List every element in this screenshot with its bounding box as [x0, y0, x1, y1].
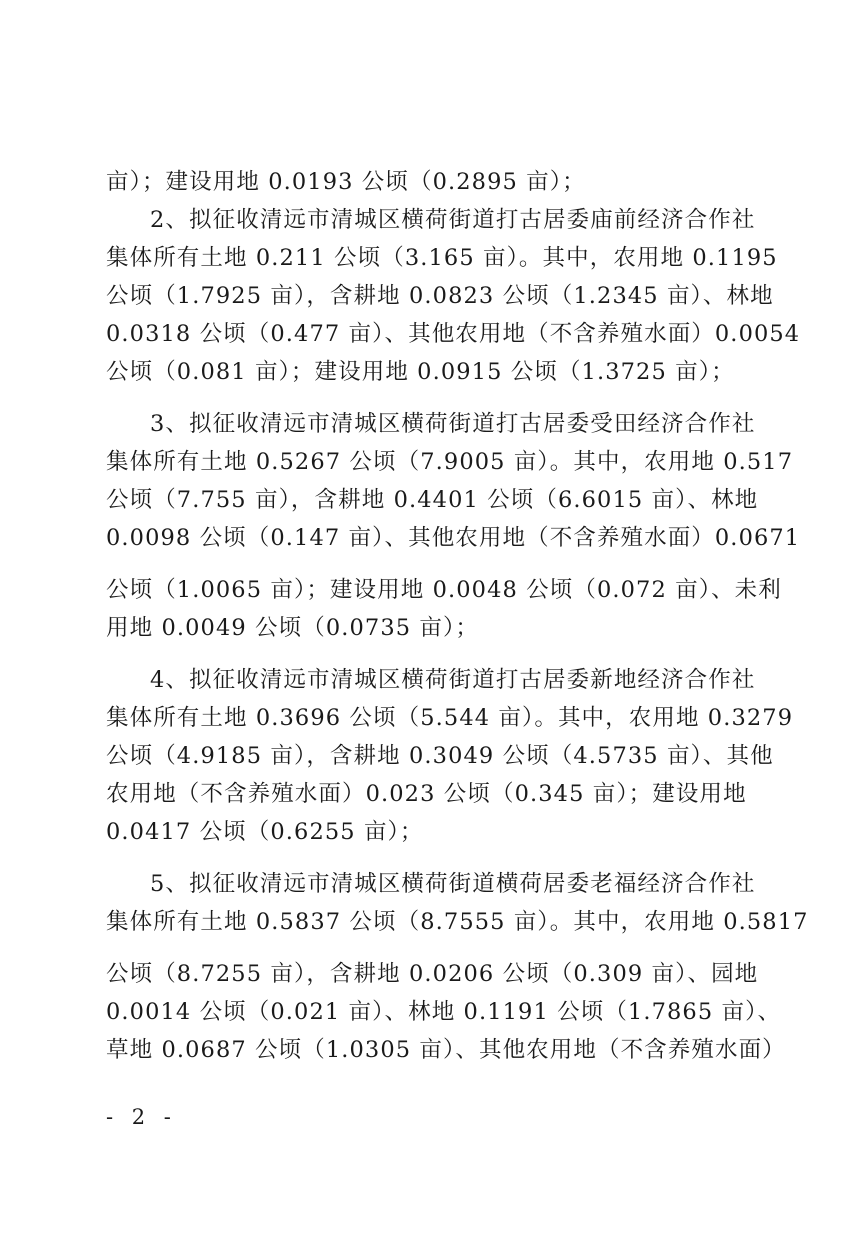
text-line-22: 草地 0.0687 公顷（1.0305 亩）、其他农用地（不含养殖水面）	[106, 1031, 742, 1069]
text-line-13: 4、拟征收清远市清城区横荷街道打古居委新地经济合作社	[150, 661, 742, 699]
text-line-7: 3、拟征收清远市清城区横荷街道打古居委受田经济合作社	[150, 405, 742, 443]
text-line-19: 集体所有土地 0.5837 公顷（8.7555 亩）。其中，农用地 0.5817	[106, 903, 742, 941]
text-line-8: 集体所有土地 0.5267 公顷（7.9005 亩）。其中，农用地 0.517	[106, 443, 742, 481]
text-line-10: 0.0098 公顷（0.147 亩）、其他农用地（不含养殖水面）0.0671	[106, 519, 742, 557]
text-line-18: 5、拟征收清远市清城区横荷街道横荷居委老福经济合作社	[150, 865, 742, 903]
document-page: 亩）；建设用地 0.0193 公顷（0.2895 亩）； 2、拟征收清远市清城区…	[0, 0, 850, 1241]
text-line-4: 公顷（1.7925 亩），含耕地 0.0823 公顷（1.2345 亩）、林地	[106, 277, 742, 315]
page-number: - 2 -	[106, 1102, 177, 1132]
text-line-5: 0.0318 公顷（0.477 亩）、其他农用地（不含养殖水面）0.0054	[106, 315, 742, 353]
text-line-20: 公顷（8.7255 亩），含耕地 0.0206 公顷（0.309 亩）、园地	[106, 955, 742, 993]
text-line-17: 0.0417 公顷（0.6255 亩）；	[106, 813, 742, 851]
text-line-15: 公顷（4.9185 亩），含耕地 0.3049 公顷（4.5735 亩）、其他	[106, 737, 742, 775]
text-line-2: 2、拟征收清远市清城区横荷街道打古居委庙前经济合作社	[150, 201, 742, 239]
text-line-1: 亩）；建设用地 0.0193 公顷（0.2895 亩）；	[106, 163, 742, 201]
text-line-6: 公顷（0.081 亩）；建设用地 0.0915 公顷（1.3725 亩）；	[106, 353, 742, 391]
text-line-3: 集体所有土地 0.211 公顷（3.165 亩）。其中，农用地 0.1195	[106, 239, 742, 277]
text-line-21: 0.0014 公顷（0.021 亩）、林地 0.1191 公顷（1.7865 亩…	[106, 993, 742, 1031]
text-line-11: 公顷（1.0065 亩）；建设用地 0.0048 公顷（0.072 亩）、未利	[106, 571, 742, 609]
text-line-14: 集体所有土地 0.3696 公顷（5.544 亩）。其中，农用地 0.3279	[106, 699, 742, 737]
text-line-9: 公顷（7.755 亩），含耕地 0.4401 公顷（6.6015 亩）、林地	[106, 481, 742, 519]
text-line-16: 农用地（不含养殖水面）0.023 公顷（0.345 亩）；建设用地	[106, 775, 742, 813]
text-line-12: 用地 0.0049 公顷（0.0735 亩）；	[106, 609, 742, 647]
